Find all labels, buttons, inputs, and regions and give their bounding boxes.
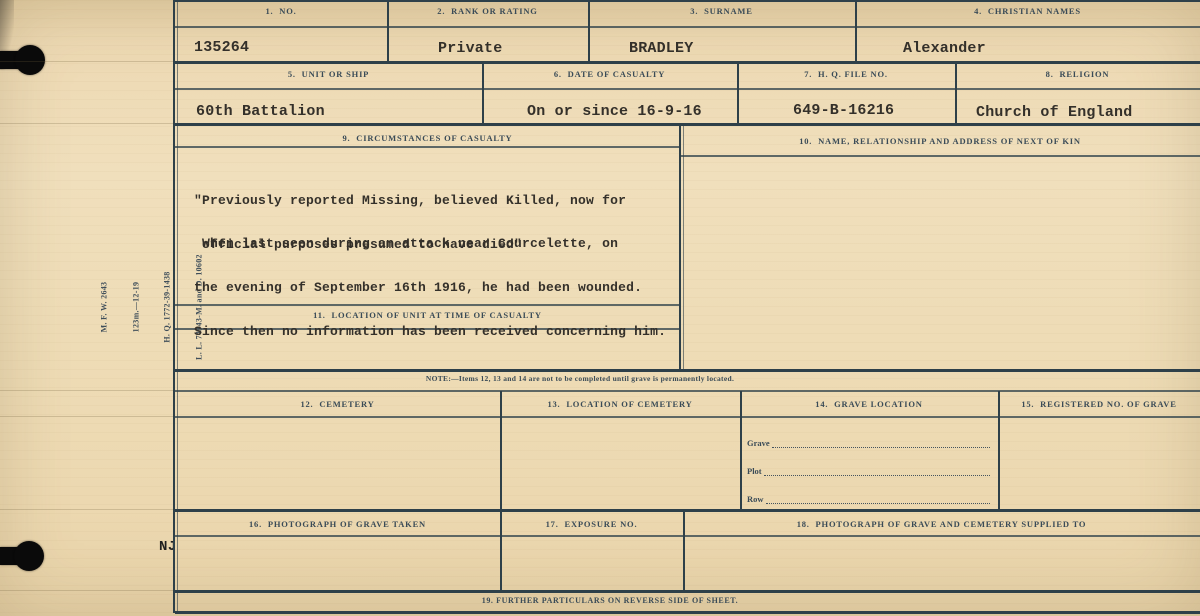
field-no-value: 135264 bbox=[194, 39, 249, 56]
divider bbox=[175, 535, 1200, 537]
divider bbox=[680, 155, 1200, 157]
dotted-leader bbox=[772, 446, 990, 448]
field-rank-value: Private bbox=[438, 40, 502, 57]
divider bbox=[175, 61, 1200, 64]
divider bbox=[0, 509, 175, 510]
plot-line-label: Plot bbox=[747, 466, 762, 476]
field-hq-file-no-label: 7. H. Q. FILE NO. bbox=[737, 69, 955, 79]
stamp-line: M. F. W. 2643 bbox=[100, 222, 111, 392]
field-unit-label: 5. UNIT OR SHIP bbox=[175, 69, 482, 79]
field-cemetery-location-label: 13. LOCATION OF CEMETERY bbox=[500, 399, 740, 409]
divider bbox=[175, 0, 1200, 2]
field-date-of-casualty-label: 6. DATE OF CASUALTY bbox=[482, 69, 737, 79]
circumstances-paragraph-2: When last seen during an attack near Cou… bbox=[194, 208, 666, 369]
field-photo-supplied-label: 18. PHOTOGRAPH OF GRAVE AND CEMETERY SUP… bbox=[683, 519, 1200, 529]
field-religion-value: Church of England bbox=[976, 104, 1132, 121]
field-photo-taken-label: 16. PHOTOGRAPH OF GRAVE TAKEN bbox=[175, 519, 500, 529]
divider bbox=[0, 416, 175, 417]
row-line-label: Row bbox=[747, 494, 764, 504]
field-grave-location-label: 14. GRAVE LOCATION bbox=[740, 399, 998, 409]
stamp-line: H. Q. 1772-39-1438 bbox=[163, 222, 174, 392]
grave-line-label: Grave bbox=[747, 438, 770, 448]
field-circumstances-label: 9. CIRCUMSTANCES OF CASUALTY bbox=[175, 133, 680, 143]
divider bbox=[175, 26, 1200, 28]
casualty-record-card: M. F. W. 2643 123m.—12-19 H. Q. 1772-39-… bbox=[0, 0, 1200, 616]
field-hq-file-no-value: 649-B-16216 bbox=[793, 102, 894, 119]
field-date-of-casualty-value: On or since 16-9-16 bbox=[527, 103, 702, 120]
circumstances-line: the evening of September 16th 1916, he h… bbox=[194, 281, 666, 296]
divider bbox=[0, 123, 175, 124]
divider bbox=[0, 390, 175, 391]
circumstances-line: Since then no information has been recei… bbox=[194, 325, 666, 340]
divider bbox=[175, 590, 1200, 593]
hole-punch-bottom bbox=[14, 541, 44, 571]
field-no-label: 1. NO. bbox=[175, 6, 387, 16]
dotted-leader bbox=[764, 474, 990, 476]
field-christian-names-label: 4. CHRISTIAN NAMES bbox=[855, 6, 1200, 16]
field-religion-label: 8. RELIGION bbox=[955, 69, 1200, 79]
divider bbox=[175, 390, 1200, 392]
row-ruled-line: Row bbox=[747, 494, 990, 504]
divider bbox=[683, 125, 684, 371]
plot-ruled-line: Plot bbox=[747, 466, 990, 476]
footer-text: 19. FURTHER PARTICULARS ON REVERSE SIDE … bbox=[175, 596, 1045, 605]
dotted-leader bbox=[766, 502, 990, 504]
divider bbox=[175, 509, 1200, 512]
divider bbox=[175, 611, 1200, 614]
circumstances-line: "Previously reported Missing, believed K… bbox=[194, 194, 626, 209]
note-text: NOTE:—Items 12, 13 and 14 are not to be … bbox=[175, 374, 985, 383]
field-cemetery-label: 12. CEMETERY bbox=[175, 399, 500, 409]
field-unit-value: 60th Battalion bbox=[196, 103, 325, 120]
divider bbox=[175, 369, 1200, 372]
divider bbox=[175, 88, 1200, 90]
divider bbox=[679, 125, 681, 371]
field-christian-names-value: Alexander bbox=[903, 40, 986, 57]
divider bbox=[0, 590, 175, 591]
field-registered-no-label: 15. REGISTERED NO. OF GRAVE bbox=[998, 399, 1200, 409]
divider bbox=[175, 416, 1200, 418]
stamp-line: 123m.—12-19 bbox=[131, 222, 142, 392]
divider bbox=[0, 61, 175, 62]
circumstances-line: When last seen during an attack near Cou… bbox=[194, 237, 666, 252]
field-next-of-kin-label: 10. NAME, RELATIONSHIP AND ADDRESS OF NE… bbox=[680, 136, 1200, 146]
field-exposure-no-label: 17. EXPOSURE NO. bbox=[500, 519, 683, 529]
field-surname-value: BRADLEY bbox=[629, 40, 693, 57]
grave-ruled-line: Grave bbox=[747, 438, 990, 448]
divider bbox=[175, 146, 680, 148]
hole-punch-top bbox=[15, 45, 45, 75]
field-unit-location-label: 11. LOCATION OF UNIT AT TIME OF CASUALTY bbox=[175, 310, 680, 320]
divider bbox=[175, 123, 1200, 126]
field-surname-label: 3. SURNAME bbox=[588, 6, 855, 16]
field-rank-label: 2. RANK OR RATING bbox=[387, 6, 588, 16]
